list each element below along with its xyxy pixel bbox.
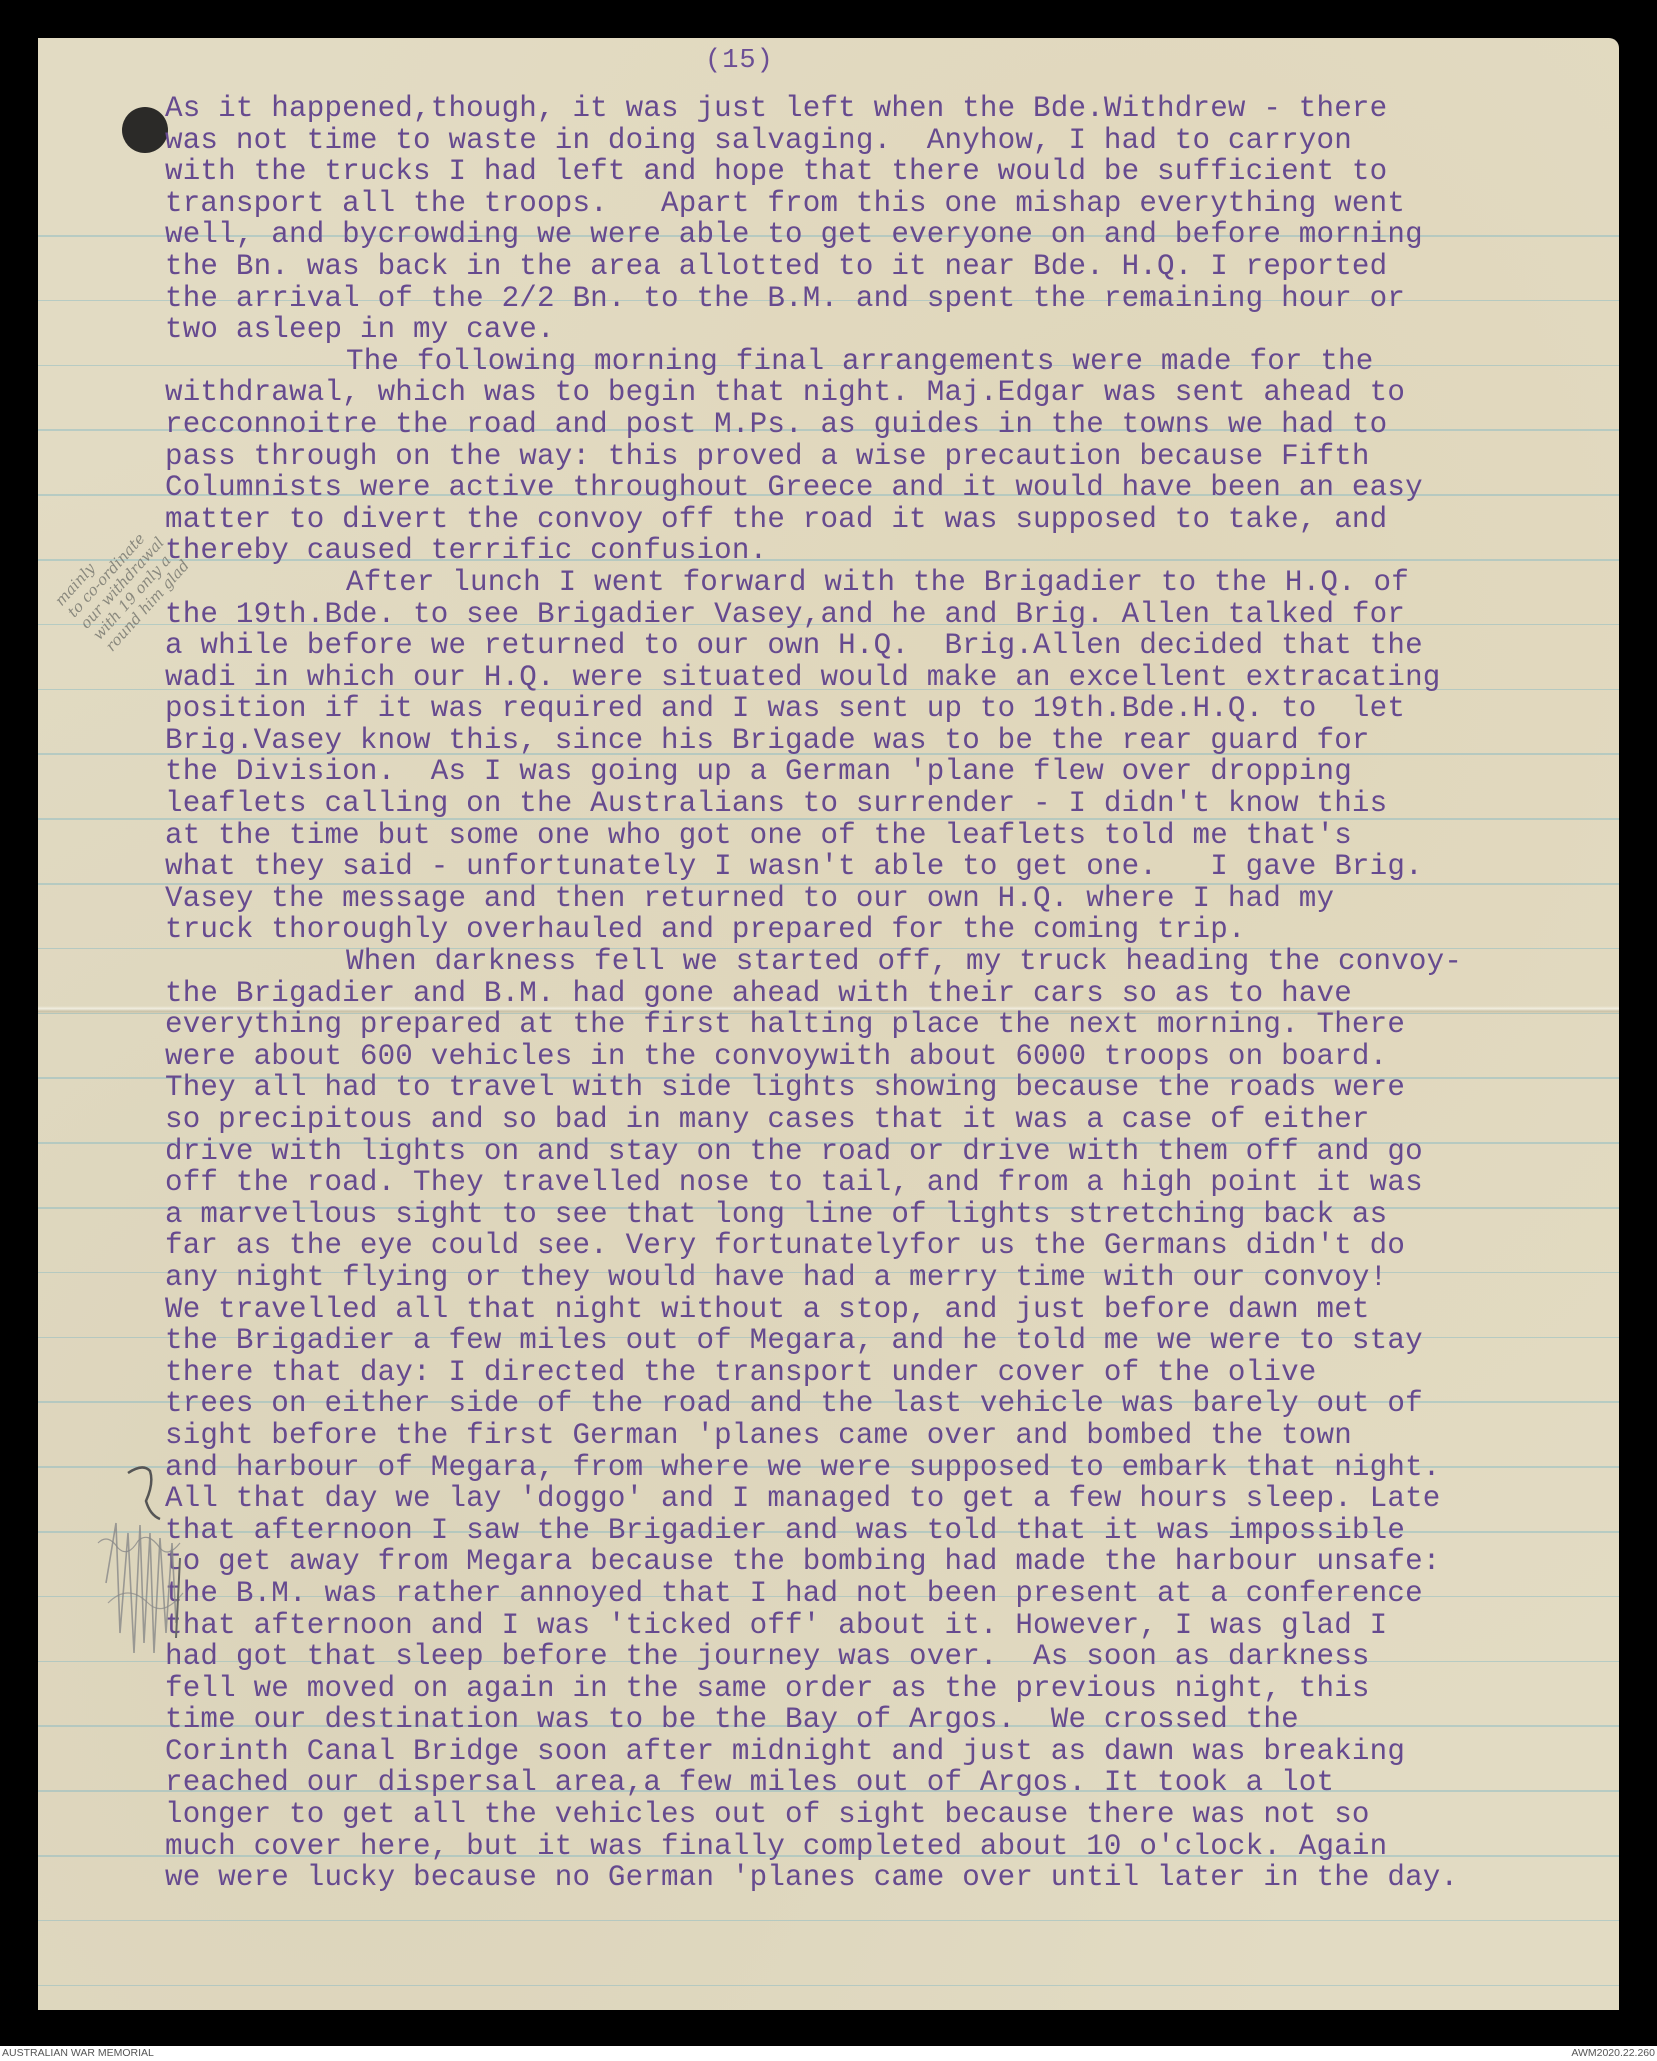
typed-line: truck thoroughly overhauled and prepared…	[165, 914, 1635, 946]
typed-line: matter to divert the convoy off the road…	[165, 504, 1635, 536]
typed-line: pass through on the way: this proved a w…	[165, 441, 1635, 473]
typed-line: Brig.Vasey know this, since his Brigade …	[165, 725, 1635, 757]
typed-line: reached our dispersal area,a few miles o…	[165, 1767, 1635, 1799]
typed-line: off the road. They travelled nose to tai…	[165, 1167, 1635, 1199]
typed-line: what they said - unfortunately I wasn't …	[165, 851, 1635, 883]
typed-line: two asleep in my cave.	[165, 314, 1635, 346]
typed-line: withdrawal, which was to begin that nigh…	[165, 377, 1635, 409]
document-page: (15) As it happened,though, it was just …	[38, 38, 1619, 2010]
typed-line: thereby caused terrific confusion.	[165, 535, 1635, 567]
typed-line: All that day we lay 'doggo' and I manage…	[165, 1483, 1635, 1515]
typed-line: Corinth Canal Bridge soon after midnight…	[165, 1736, 1635, 1768]
typed-line: that afternoon and I was 'ticked off' ab…	[165, 1610, 1635, 1642]
typed-line: a while before we returned to our own H.…	[165, 630, 1635, 662]
footer-institution-label: AUSTRALIAN WAR MEMORIAL	[0, 2047, 156, 2059]
typed-line: sight before the first German 'planes ca…	[165, 1420, 1635, 1452]
typed-line: the Bn. was back in the area allotted to…	[165, 251, 1635, 283]
typed-line: any night flying or they would have had …	[165, 1262, 1635, 1294]
typed-line: trees on either side of the road and the…	[165, 1388, 1635, 1420]
typed-line: Vasey the message and then returned to o…	[165, 883, 1635, 915]
typed-line: the Brigadier and B.M. had gone ahead wi…	[165, 978, 1635, 1010]
typed-line: the arrival of the 2/2 Bn. to the B.M. a…	[165, 283, 1635, 315]
typed-line: the 19th.Bde. to see Brigadier Vasey,and…	[165, 599, 1635, 631]
typed-line: wadi in which our H.Q. were situated wou…	[165, 662, 1635, 694]
typed-line: recconnoitre the road and post M.Ps. as …	[165, 409, 1635, 441]
typed-line: that afternoon I saw the Brigadier and w…	[165, 1515, 1635, 1547]
typed-line: time our destination was to be the Bay o…	[165, 1704, 1635, 1736]
typed-line: As it happened,though, it was just left …	[165, 93, 1635, 125]
typed-line: was not time to waste in doing salvaging…	[165, 125, 1635, 157]
typed-line: transport all the troops. Apart from thi…	[165, 188, 1635, 220]
typed-line: and harbour of Megara, from where we wer…	[165, 1452, 1635, 1484]
typed-line: at the time but some one who got one of …	[165, 820, 1635, 852]
typed-line: the Brigadier a few miles out of Megara,…	[165, 1325, 1635, 1357]
typed-line: We travelled all that night without a st…	[165, 1294, 1635, 1326]
typed-line: When darkness fell we started off, my tr…	[165, 946, 1635, 978]
typed-line: drive with lights on and stay on the roa…	[165, 1136, 1635, 1168]
footer-accession-number: AWM2020.22.260	[1569, 2047, 1657, 2059]
typed-line: had got that sleep before the journey wa…	[165, 1641, 1635, 1673]
typed-line: there that day: I directed the transport…	[165, 1357, 1635, 1389]
typed-line: The following morning final arrangements…	[165, 346, 1635, 378]
footer-bar	[0, 2046, 1657, 2061]
pencil-scribble-icon	[88, 1463, 198, 1663]
typed-line: well, and bycrowding we were able to get…	[165, 219, 1635, 251]
typed-line: we were lucky because no German 'planes …	[165, 1862, 1635, 1894]
typed-line: a marvellous sight to see that long line…	[165, 1199, 1635, 1231]
typed-line: Columnists were active throughout Greece…	[165, 472, 1635, 504]
typed-line: longer to get all the vehicles out of si…	[165, 1799, 1635, 1831]
typed-line: so precipitous and so bad in many cases …	[165, 1104, 1635, 1136]
typed-line: with the trucks I had left and hope that…	[165, 156, 1635, 188]
typed-line: leaflets calling on the Australians to s…	[165, 788, 1635, 820]
typed-line: They all had to travel with side lights …	[165, 1072, 1635, 1104]
punch-hole	[122, 107, 168, 153]
typed-line: After lunch I went forward with the Brig…	[165, 567, 1635, 599]
typed-line: everything prepared at the first halting…	[165, 1009, 1635, 1041]
typed-line: to get away from Megara because the bomb…	[165, 1546, 1635, 1578]
typed-line: were about 600 vehicles in the convoywit…	[165, 1041, 1635, 1073]
typed-line: the B.M. was rather annoyed that I had n…	[165, 1578, 1635, 1610]
typed-line: fell we moved on again in the same order…	[165, 1673, 1635, 1705]
typed-body: As it happened,though, it was just left …	[165, 93, 1635, 1894]
typed-line: much cover here, but it was finally comp…	[165, 1831, 1635, 1863]
page-number: (15)	[705, 46, 774, 76]
typed-line: far as the eye could see. Very fortunate…	[165, 1230, 1635, 1262]
typed-line: position if it was required and I was se…	[165, 693, 1635, 725]
typed-line: the Division. As I was going up a German…	[165, 756, 1635, 788]
